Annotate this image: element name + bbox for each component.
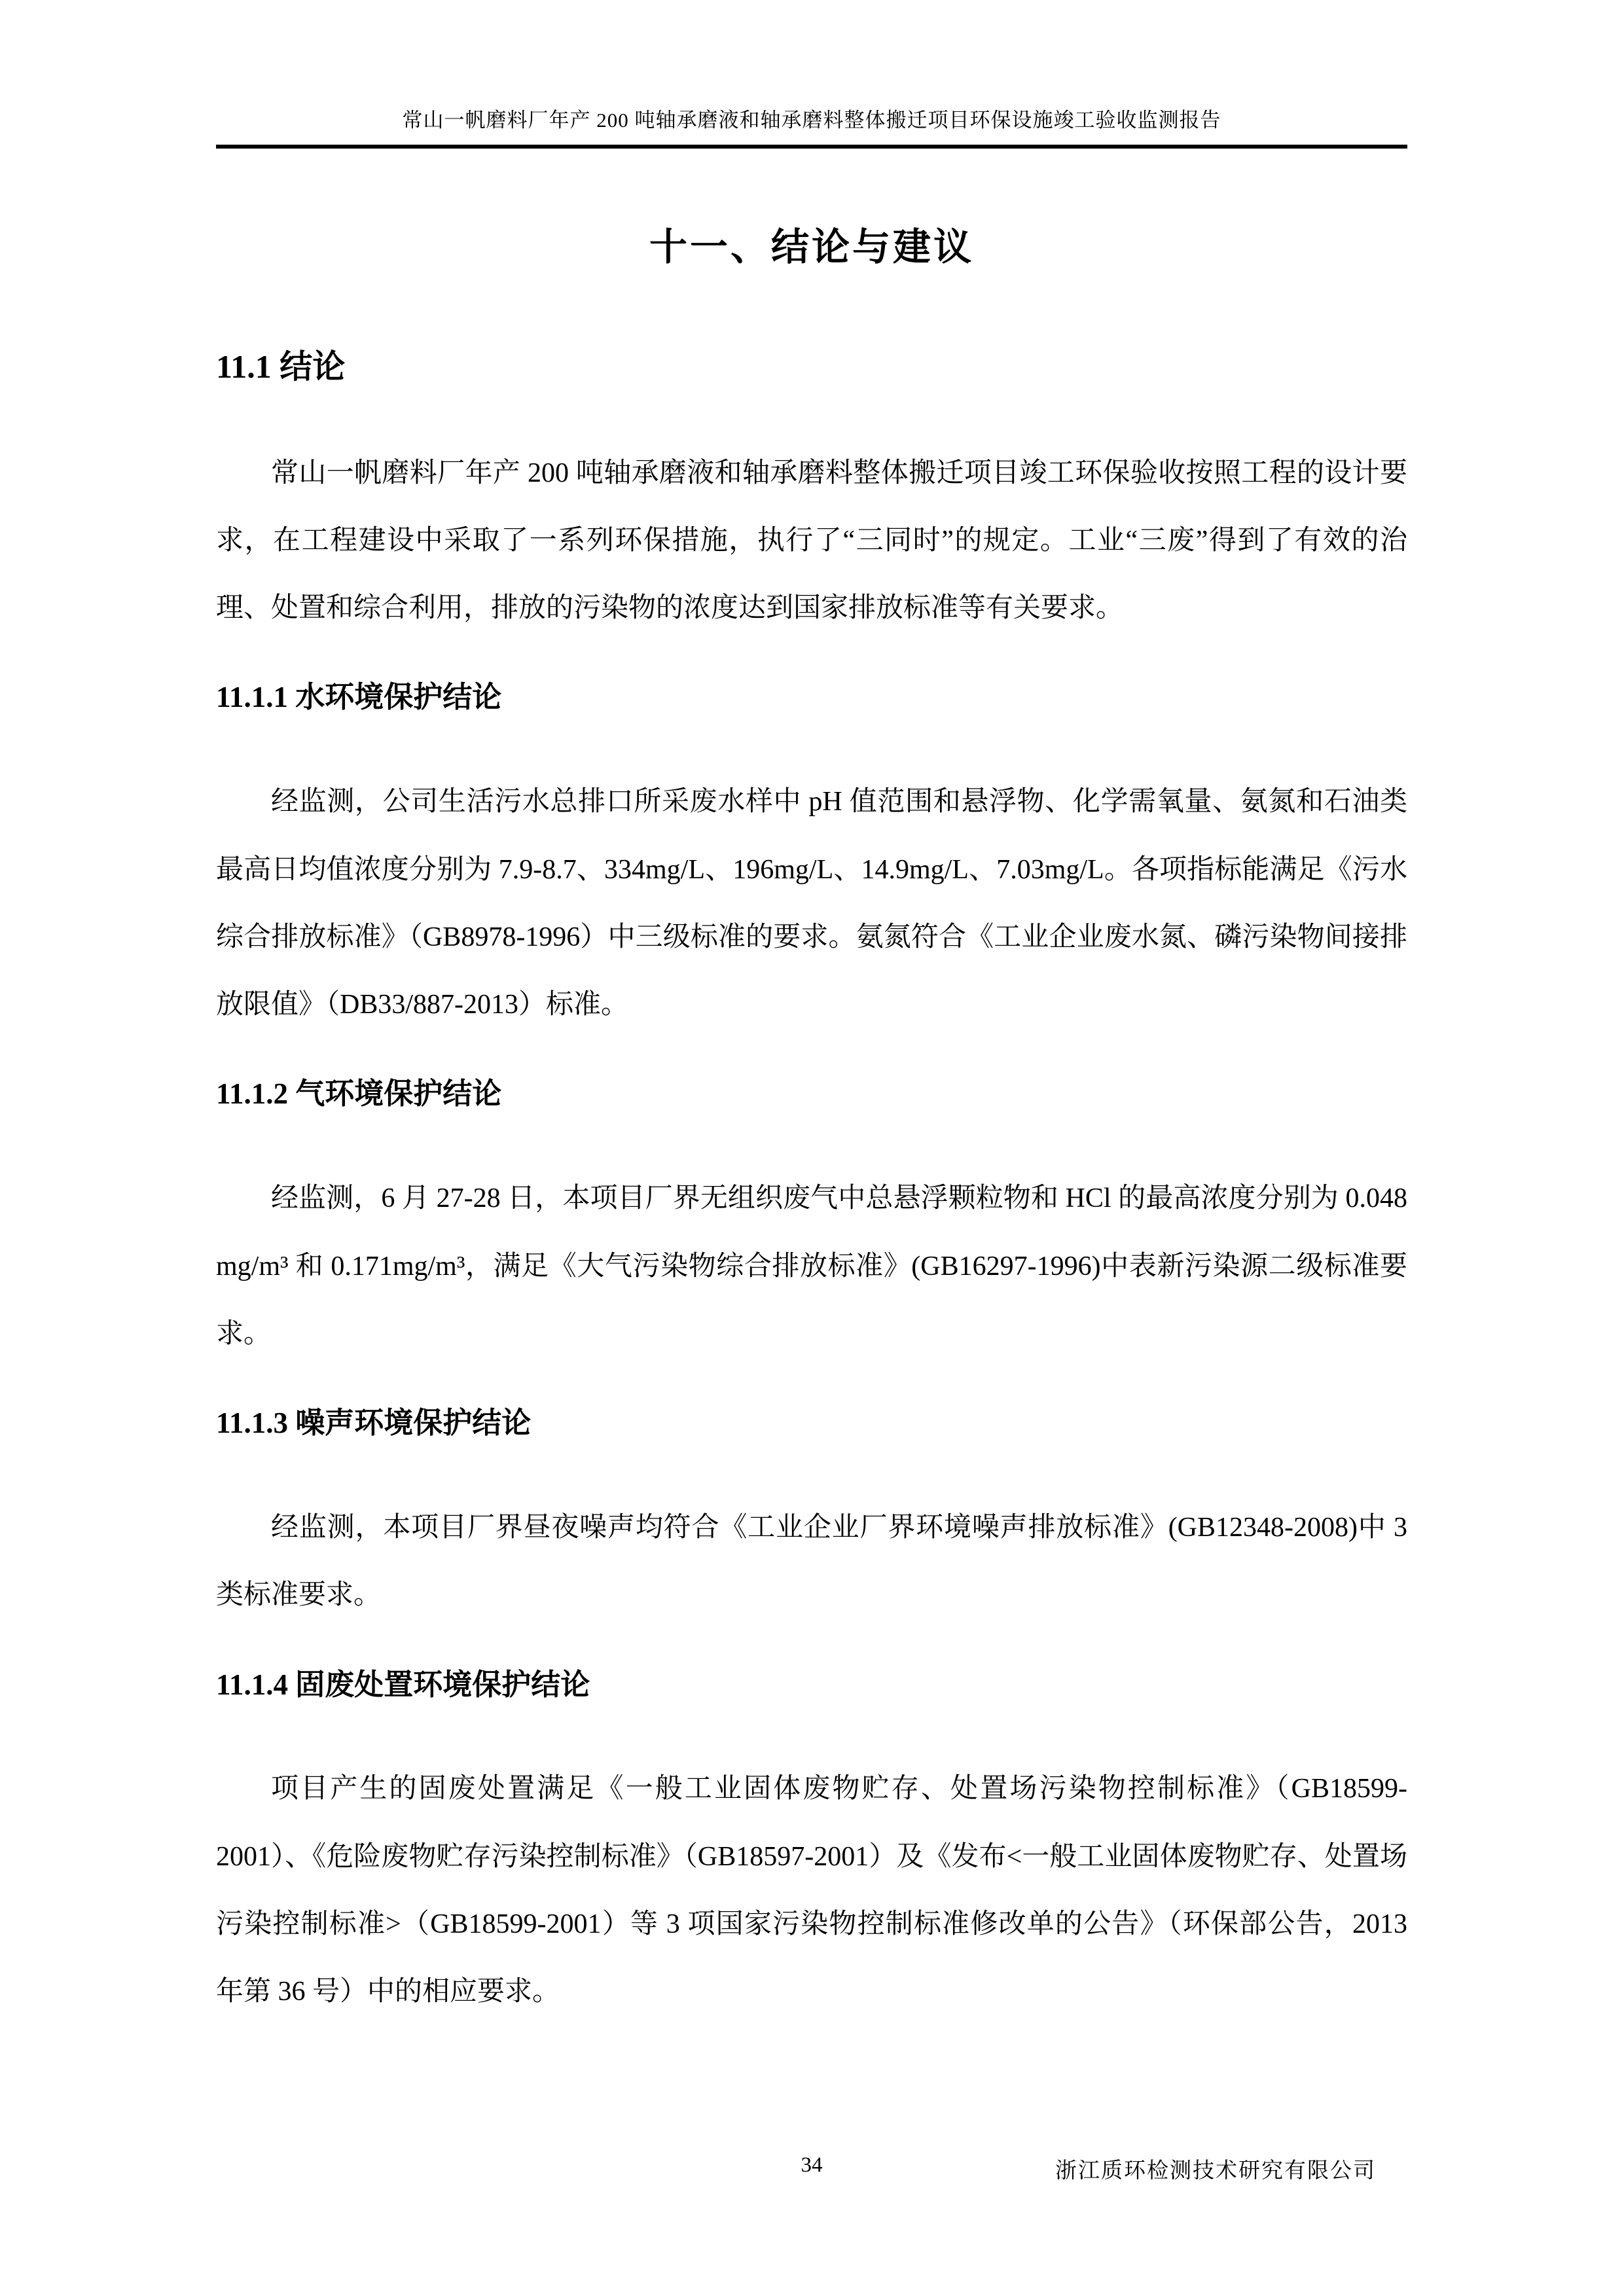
chapter-title: 十一、结论与建议	[216, 216, 1407, 271]
section-title: 结论	[280, 348, 345, 386]
section-title: 噪声环境保护结论	[295, 1405, 531, 1440]
section-number: 11.1.4	[216, 1668, 295, 1701]
paragraph-solid-waste-conclusion: 项目产生的固废处置满足《一般工业固体废物贮存、处置场污染物控制标准》（GB185…	[216, 1755, 1407, 2026]
paragraph-noise-conclusion: 经监测，本项目厂界昼夜噪声均符合《工业企业厂界环境噪声排放标准》(GB12348…	[216, 1494, 1407, 1630]
paragraph-water-conclusion: 经监测，公司生活污水总排口所采废水样中 pH 值范围和悬浮物、化学需氧量、氨氮和…	[216, 768, 1407, 1039]
page-footer: 34 浙江质环检测技术研究有限公司	[216, 2153, 1407, 2183]
paragraph-conclusion-overview: 常山一帆磨料厂年产 200 吨轴承磨液和轴承磨料整体搬迁项目竣工环保验收按照工程…	[216, 440, 1407, 643]
section-heading-11-1-2: 11.1.2 气环境保护结论	[216, 1077, 1407, 1111]
section-title: 水环境保护结论	[295, 679, 501, 714]
document-page: 常山一帆磨料厂年产 200 吨轴承磨液和轴承磨料整体搬迁项目环保设施竣工验收监测…	[0, 0, 1624, 2296]
document-body: 十一、结论与建议 11.1 结论 常山一帆磨料厂年产 200 吨轴承磨液和轴承磨…	[216, 188, 1407, 2056]
section-number: 11.1.2	[216, 1077, 295, 1110]
section-heading-11-1-3: 11.1.3 噪声环境保护结论	[216, 1406, 1407, 1441]
section-title: 气环境保护结论	[295, 1076, 501, 1111]
section-number: 11.1	[216, 348, 280, 385]
section-heading-11-1-1: 11.1.1 水环境保护结论	[216, 680, 1407, 715]
section-heading-11-1-4: 11.1.4 固废处置环境保护结论	[216, 1668, 1407, 1702]
section-heading-11-1: 11.1 结论	[216, 348, 1407, 386]
section-number: 11.1.1	[216, 681, 295, 713]
running-header: 常山一帆磨料厂年产 200 吨轴承磨液和轴承磨料整体搬迁项目环保设施竣工验收监测…	[216, 103, 1407, 149]
section-number: 11.1.3	[216, 1407, 295, 1439]
section-title: 固废处置环境保护结论	[295, 1667, 590, 1702]
paragraph-air-conclusion: 经监测，6 月 27-28 日，本项目厂界无组织废气中总悬浮颗粒物和 HCl 的…	[216, 1165, 1407, 1368]
footer-company-name: 浙江质环检测技术研究有限公司	[1055, 2153, 1376, 2184]
